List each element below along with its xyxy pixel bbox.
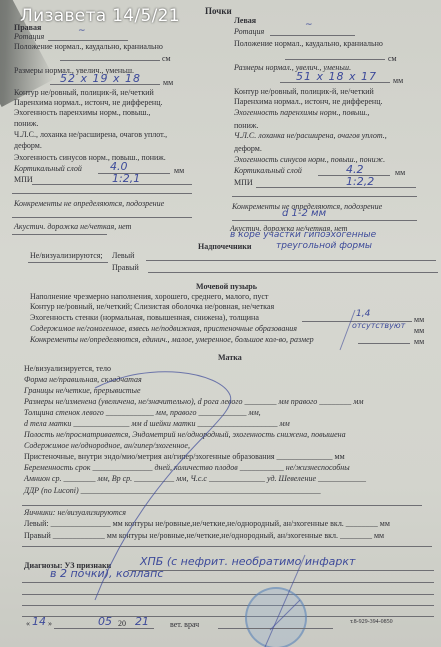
photo-caption: Лизавета 14/5/21 [20,6,180,26]
pen-strokes [0,0,441,647]
